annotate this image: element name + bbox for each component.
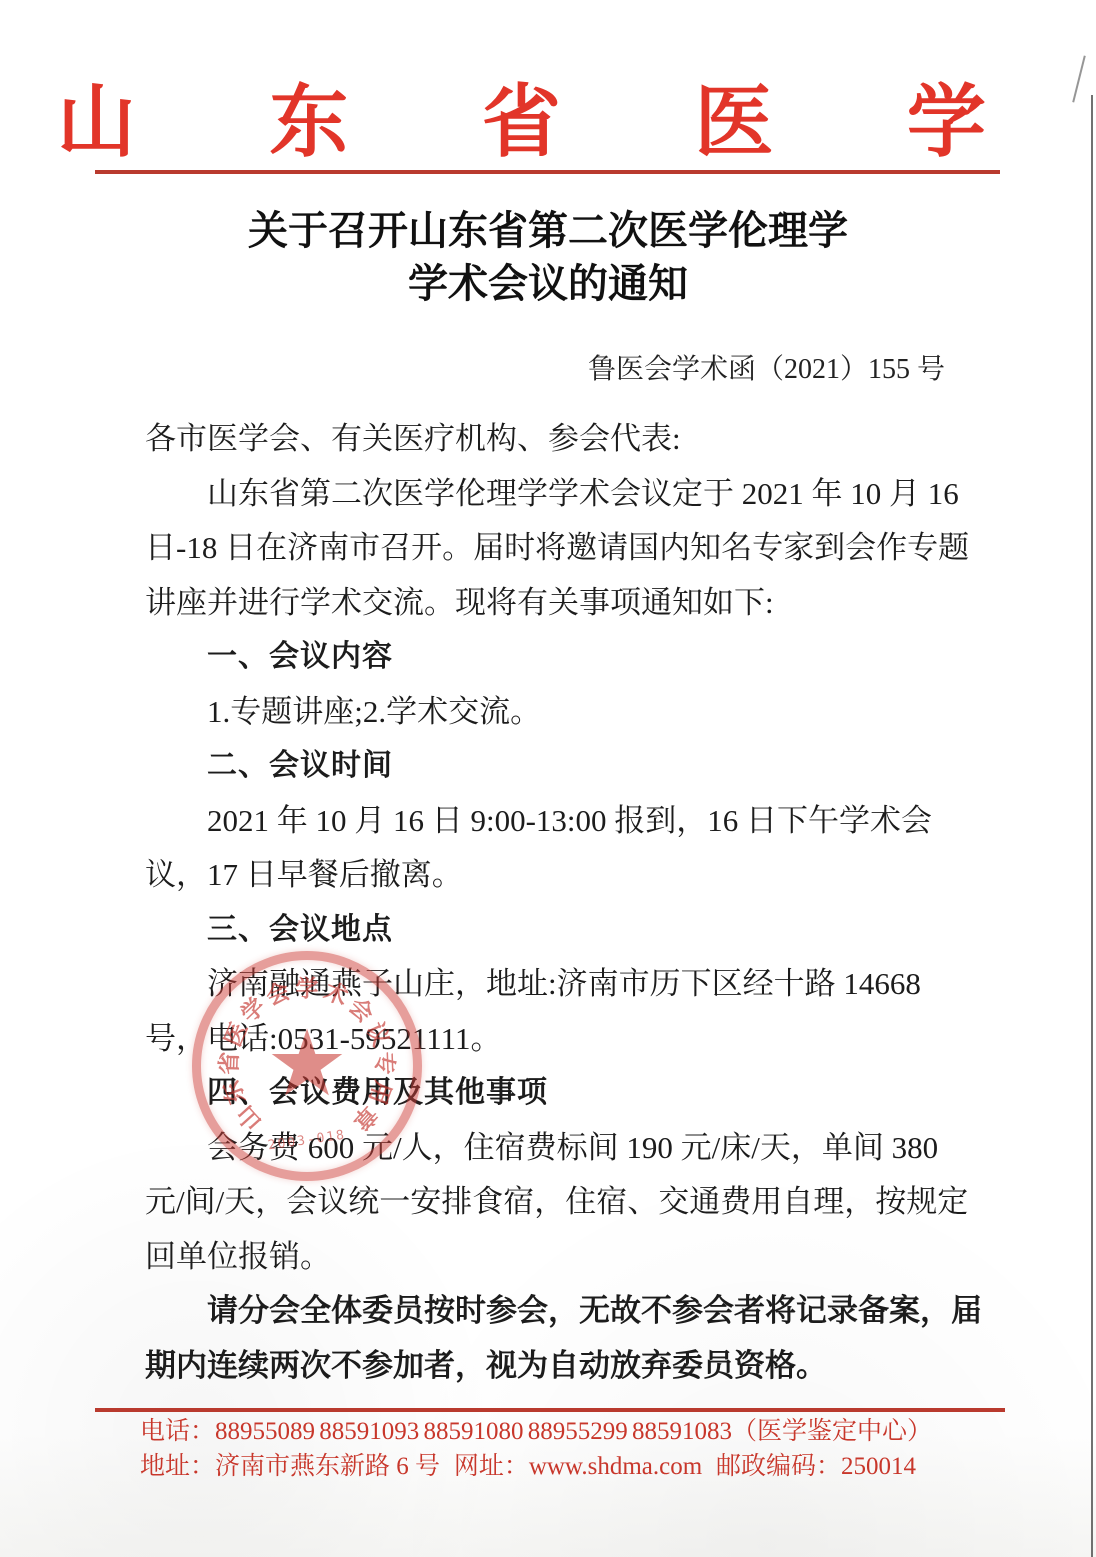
footer-line2: 地址：济南市燕东新路 6 号网址：www.shdma.com邮政编码：25001… [140, 1452, 916, 1482]
body-line: 四、会议费用及其他事项 [145, 1066, 957, 1121]
body-line: 期内连续两次不参加者，视为自动放弃委员资格。 [145, 1339, 957, 1394]
footer-segment: 地址：济南市燕东新路 6 号 [140, 1452, 440, 1482]
body-line: 山东省第二次医学伦理学学术会议定于 2021 年 10 月 16 [145, 467, 957, 522]
body-line: 一、会议内容 [145, 630, 957, 685]
body-line: 日-18 日在济南市召开。届时将邀请国内知名专家到会作专题 [145, 521, 957, 576]
footer-segment: 88955299 [528, 1417, 628, 1447]
footer-segment: 88591080 [423, 1417, 523, 1447]
footer-segment: 网址：www.shdma.com [454, 1452, 702, 1482]
body-line: 三、会议地点 [145, 903, 957, 958]
document-body: 各市医学会、有关医疗机构、参会代表: 山东省第二次医学伦理学学术会议定于 202… [145, 412, 957, 1393]
scan-edge-artifact [1091, 95, 1093, 1557]
scanned-notice-page: 山 东 省 医 学 会 关于召开山东省第二次医学伦理学 学术会议的通知 鲁医会学… [0, 0, 1096, 1557]
body-line: 2021 年 10 月 16 日 9:00-13:00 报到，16 日下午学术会 [145, 794, 957, 849]
body-line: 请分会全体委员按时参会，无故不参会者将记录备案，届 [145, 1284, 957, 1339]
body-line: 讲座并进行学术交流。现将有关事项通知如下: [145, 576, 957, 631]
organization-letterhead: 山 东 省 医 学 会 [0, 80, 1096, 168]
footer-rule [95, 1408, 1005, 1412]
footer-line1: 电话：8895508988591093885910808895529988591… [140, 1417, 932, 1447]
document-number: 鲁医会学术函（2021）155 号 [588, 347, 945, 387]
document-body-lines: 山东省第二次医学伦理学学术会议定于 2021 年 10 月 16日-18 日在济… [145, 467, 957, 1394]
document-title-line2: 学术会议的通知 [0, 257, 1096, 310]
body-line: 二、会议时间 [145, 739, 957, 794]
body-line: 号，电话:0531-59521111。 [145, 1012, 957, 1067]
body-line: 1.专题讲座;2.学术交流。 [145, 685, 957, 740]
body-line: 议，17 日早餐后撤离。 [145, 848, 957, 903]
body-line: 会务费 600 元/人，住宿费标间 190 元/床/天，单间 380 [145, 1121, 957, 1176]
salutation: 各市医学会、有关医疗机构、参会代表: [145, 412, 957, 467]
footer-segment: 88591093 [319, 1417, 419, 1447]
footer-segment: 电话：88955089 [140, 1417, 315, 1447]
footer-segment: 邮政编码：250014 [716, 1452, 916, 1482]
body-line: 济南融通燕子山庄，地址:济南市历下区经十路 14668 [145, 957, 957, 1012]
header-rule [95, 170, 1000, 174]
document-title-line1: 关于召开山东省第二次医学伦理学 [0, 204, 1096, 257]
footer-segment: 88591083（医学鉴定中心） [632, 1417, 932, 1447]
body-line: 回单位报销。 [145, 1230, 957, 1285]
body-line: 元/间/天，会议统一安排食宿，住宿、交通费用自理，按规定 [145, 1175, 957, 1230]
document-title: 关于召开山东省第二次医学伦理学 学术会议的通知 [0, 204, 1096, 310]
